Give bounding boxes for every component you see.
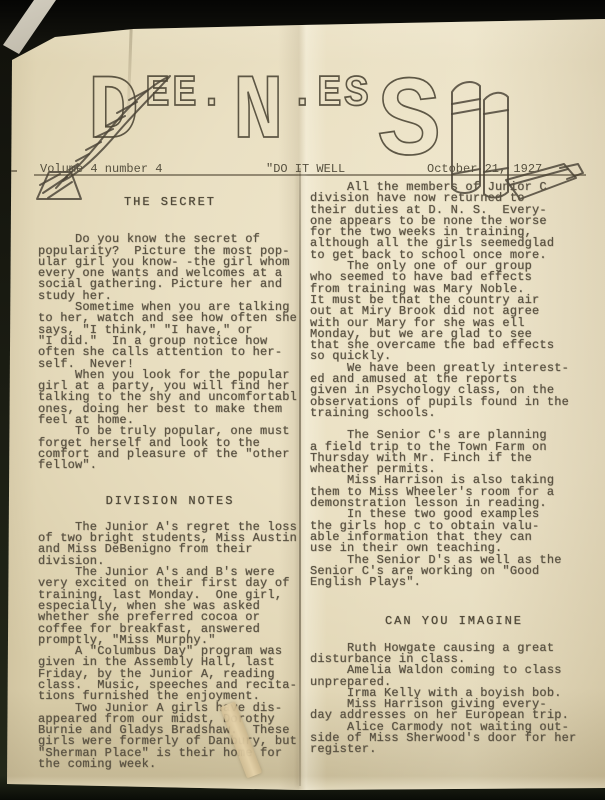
article-division-news: All the members of Junior C division hav… — [310, 182, 598, 588]
article-can-you-imagine: CAN YOU IMAGINE Ruth Howgate causing a g… — [310, 616, 598, 755]
left-column: THE SECRET Do you know the secret of pop… — [38, 197, 302, 770]
paragraph: The Senior D's as well as the Senior C's… — [310, 555, 598, 589]
stray-mark — [8, 170, 17, 172]
title-letter: D — [88, 70, 139, 156]
paragraph: Miss Harrison giving every- day addresse… — [310, 699, 598, 722]
paragraph: Do you know the secret of popularity? Pi… — [38, 234, 302, 302]
title-letter: N — [233, 70, 284, 156]
newsletter-scan: D EE. N .ES S Volume 4 number 4 "DO IT W… — [0, 0, 605, 800]
paragraph: We have been greatly interest- ed and am… — [310, 363, 598, 419]
paragraph: Miss Harrison is also taking them to Mis… — [310, 475, 598, 509]
center-fold-crease — [299, 168, 301, 786]
paragraph: To be truly popular, one must forget her… — [38, 426, 302, 471]
paragraph: The Junior A's and B's were very excited… — [38, 567, 302, 646]
title-letters: .ES — [290, 73, 371, 115]
article-division-notes: DIVISION NOTES The Junior A's regret the… — [38, 496, 302, 771]
paragraph: When you look for the popular girl at a … — [38, 370, 302, 426]
paragraph: The Senior C's are planning a field trip… — [310, 430, 598, 475]
dateline-rule — [34, 174, 586, 176]
paragraph: All the members of Junior C division hav… — [310, 182, 598, 261]
right-column: All the members of Junior C division hav… — [310, 182, 598, 756]
article-heading: DIVISION NOTES — [38, 496, 302, 507]
paragraph: Two Junior A girls have dis- appeared fr… — [38, 703, 302, 771]
paragraph: Sometime when you are talking to her, wa… — [38, 302, 302, 370]
masthead-title: D EE. N .ES S — [88, 70, 441, 174]
paragraph: Ruth Howgate causing a great disturbance… — [310, 643, 598, 666]
paragraph: The only one of our group who seemed to … — [310, 261, 598, 363]
article-the-secret: THE SECRET Do you know the secret of pop… — [38, 197, 302, 472]
newsletter-page: D EE. N .ES S Volume 4 number 4 "DO IT W… — [0, 0, 605, 800]
paragraph: Amelia Waldon coming to class unprepared… — [310, 665, 598, 688]
article-heading: CAN YOU IMAGINE — [310, 616, 598, 627]
title-letters: EE. — [145, 73, 226, 115]
masthead: D EE. N .ES S — [0, 30, 605, 172]
paragraph: In these two good examples the girls hop… — [310, 509, 598, 554]
paragraph: The Junior A's regret the loss of two br… — [38, 522, 302, 567]
article-heading: THE SECRET — [38, 197, 302, 208]
paragraph: Alice Carmody not waiting out- side of M… — [310, 722, 598, 756]
paragraph: A "Columbus Day" program was given in th… — [38, 646, 302, 702]
